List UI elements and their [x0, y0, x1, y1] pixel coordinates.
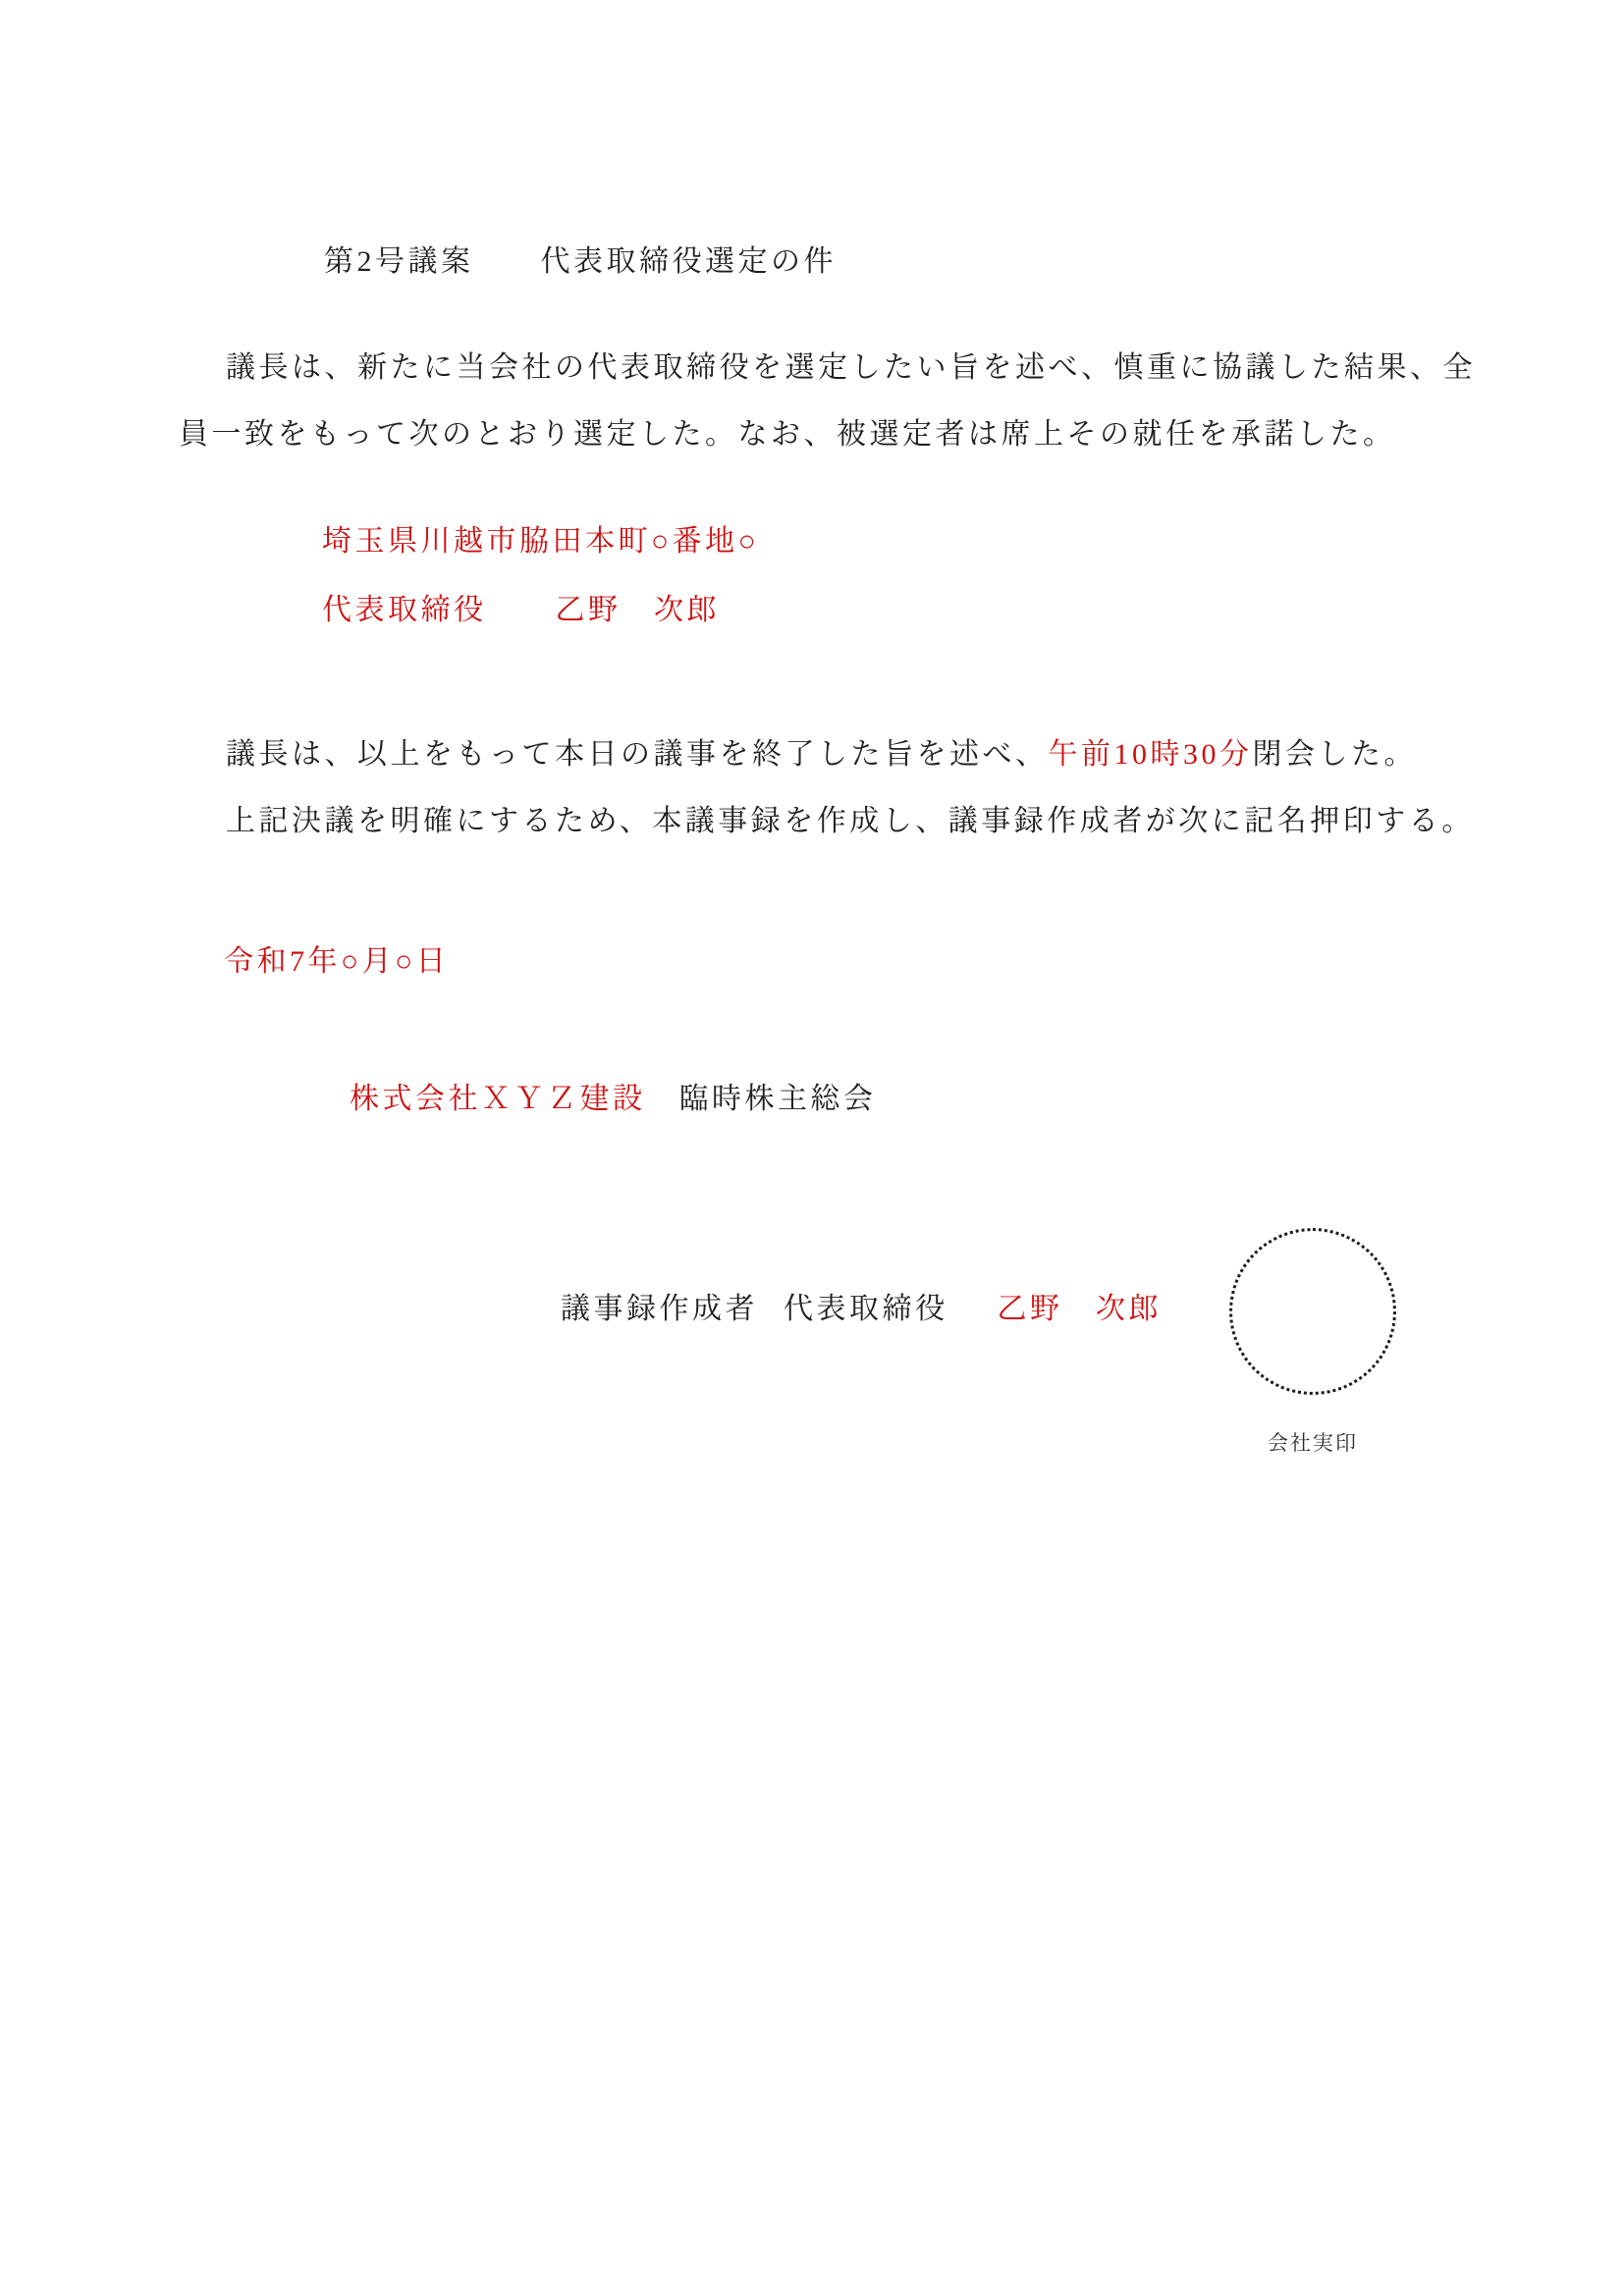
closing-statement-line: 議長は、以上をもって本日の議事を終了した旨を述べ、午前10時30分閉会した。	[226, 737, 1417, 773]
selected-person-title: 代表取締役	[322, 594, 487, 626]
selected-person-line: 代表取締役乙野 次郎	[322, 593, 720, 628]
signature-title: 代表取締役	[784, 1293, 948, 1325]
selected-person-name: 乙野 次郎	[556, 594, 721, 626]
meeting-title-line: 株式会社ＸＹＺ建設臨時株主総会	[350, 1082, 877, 1117]
company-seal-label: 会社実印	[1223, 1431, 1402, 1456]
selected-person-address: 埼玉県川越市脇田本町○番地○	[322, 524, 759, 560]
document-date: 令和7年○月○日	[224, 944, 449, 980]
closing-time: 午前10時30分	[1049, 738, 1253, 771]
agenda-subject: 代表取締役選定の件	[541, 245, 838, 278]
signature-role: 議事録作成者	[561, 1293, 758, 1325]
closing-before-time: 議長は、以上をもって本日の議事を終了した旨を述べ、	[226, 738, 1049, 771]
resolution-paragraph-line1: 議長は、新たに当会社の代表取締役を選定したい旨を述べ、慎重に協議した結果、全	[226, 350, 1476, 386]
company-name: 株式会社ＸＹＺ建設	[350, 1083, 646, 1115]
resolution-paragraph-line2: 員一致をもって次のとおり選定した。なお、被選定者は席上その就任を承諾した。	[179, 417, 1396, 453]
closing-after-time: 閉会した。	[1253, 738, 1418, 771]
agenda-heading: 第2号議案代表取締役選定の件	[324, 244, 837, 280]
meeting-session-name: 臨時株主総会	[679, 1083, 877, 1115]
signature-name: 乙野 次郎	[998, 1293, 1163, 1325]
minutes-document-page: 第2号議案代表取締役選定の件 議長は、新たに当会社の代表取締役を選定したい旨を述…	[0, 0, 1624, 2296]
agenda-number: 第2号議案	[324, 245, 474, 278]
company-seal-placeholder-circle	[1229, 1228, 1396, 1395]
signature-line: 議事録作成者代表取締役乙野 次郎	[561, 1292, 1162, 1327]
attestation-statement-line: 上記決議を明確にするため、本議事録を作成し、議事録作成者が次に記名押印する。	[226, 804, 1475, 839]
